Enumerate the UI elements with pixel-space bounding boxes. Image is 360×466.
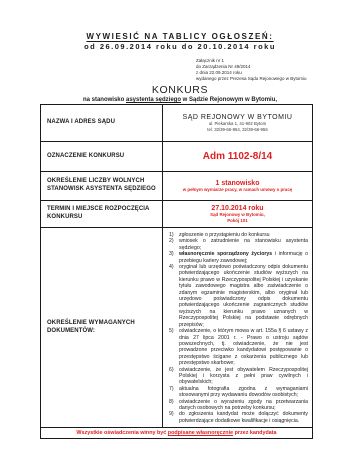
subtitle-underlined: asystenta sędziego: [126, 97, 181, 103]
attachment-reference: Załącznik nr 1 do Zarządzenia Nr 49/2014…: [196, 58, 360, 81]
attachment-line: wydanego przez Prezesa Sądu Rejonowego w…: [196, 76, 360, 82]
court-phone: tel. 32/39-66-954, 32/39-66-956: [207, 127, 267, 133]
list-item: 3)własnoręcznie sporządzony życiorys i i…: [167, 251, 308, 264]
table-row-designation: OZNACZENIE KONKURSU Adm 1102-8/14: [41, 142, 312, 172]
row-label-designation: OZNACZENIE KONKURSU: [41, 142, 163, 171]
list-item: 6)oświadczenie, że jest obywatelem Rzecz…: [167, 367, 308, 386]
list-item: 8)oświadczenie o wyrażeniu zgody na prze…: [167, 399, 308, 412]
competition-number: Adm 1102-8/14: [203, 151, 273, 162]
table-row-positions: OKREŚLENIE LICZBY WOLNYCH STANOWISK ASYS…: [41, 172, 312, 201]
list-item: 5)oświadczenie, o którym mowa w art. 155…: [167, 328, 308, 366]
announcement-table: NAZWA I ADRES SĄDU SĄD REJONOWY W BYTOMI…: [40, 104, 313, 439]
court-name: SĄD REJONOWY W BYTOMIU: [183, 114, 293, 121]
list-item: 2)wniosek o zatrudnienie na stanowisku a…: [167, 238, 308, 251]
row-label-positions: OKREŚLENIE LICZBY WOLNYCH STANOWISK ASYS…: [41, 172, 163, 200]
table-row-footer-note: Wszystkie oświadczenia winny być podpisa…: [41, 428, 312, 438]
row-label-documents: OKREŚLENIE WYMAGANYCH DOKUMENTÓW:: [41, 228, 163, 427]
start-date: 27.10.2014 roku: [211, 205, 263, 212]
announcement-document: WYWIESIĆ NA TABLICY OGŁOSZEŃ: od 26.09.2…: [0, 0, 360, 466]
row-value-court: SĄD REJONOWY W BYTOMIU ul. Piekarska 1, …: [163, 105, 312, 141]
positions-detail: w pełnym wymiarze pracy, w ramach umowy …: [183, 187, 292, 193]
documents-list: 1)zgłoszenie o przystąpieniu do konkursu…: [163, 228, 312, 427]
posting-notice-title: WYWIESIĆ NA TABLICY OGŁOSZEŃ:: [0, 32, 360, 41]
table-row-date: TERMIN I MIEJSCE ROZPOCZĘCIA KONKURSU 27…: [41, 201, 312, 228]
page-title: KONKURS: [0, 84, 360, 96]
note-pre: Wszystkie oświadczenia winny być: [76, 430, 167, 436]
page-subtitle: na stanowisko asystenta sędziego w Sądzi…: [0, 97, 360, 103]
row-value-date: 27.10.2014 roku Sąd Rejonowy w Bytomiu, …: [163, 201, 312, 227]
note-underlined: podpisane własnoręcznie: [168, 430, 233, 436]
row-value-positions: 1 stanowisko w pełnym wymiarze pracy, w …: [163, 172, 312, 200]
row-label-court: NAZWA I ADRES SĄDU: [41, 105, 163, 141]
row-label-date: TERMIN I MIEJSCE ROZPOCZĘCIA KONKURSU: [41, 201, 163, 227]
posting-notice-dates: od 26.09.2014 roku do 20.10.2014 roku: [0, 42, 360, 51]
list-item: 7)aktualna fotografia zgodna z wymagania…: [167, 386, 308, 399]
list-item: 9)do zgłoszenia kandydat może dołączyć d…: [167, 411, 308, 424]
subtitle-post: w Sądzie Rejonowym w Bytomiu,: [181, 97, 277, 103]
statements-note: Wszystkie oświadczenia winny być podpisa…: [41, 428, 312, 438]
table-row-court: NAZWA I ADRES SĄDU SĄD REJONOWY W BYTOMI…: [41, 105, 312, 142]
positions-count: 1 stanowisko: [216, 180, 260, 187]
posting-notice: WYWIESIĆ NA TABLICY OGŁOSZEŃ: od 26.09.2…: [0, 0, 360, 51]
note-post: przez kandydata: [233, 430, 276, 436]
subtitle-pre: na stanowisko: [83, 97, 126, 103]
start-room: Pokój 101: [227, 218, 248, 224]
row-value-designation: Adm 1102-8/14: [163, 142, 312, 171]
list-item: 4)oryginał lub urzędowo poświadczony odp…: [167, 264, 308, 328]
table-row-documents: OKREŚLENIE WYMAGANYCH DOKUMENTÓW: 1)zgło…: [41, 228, 312, 428]
